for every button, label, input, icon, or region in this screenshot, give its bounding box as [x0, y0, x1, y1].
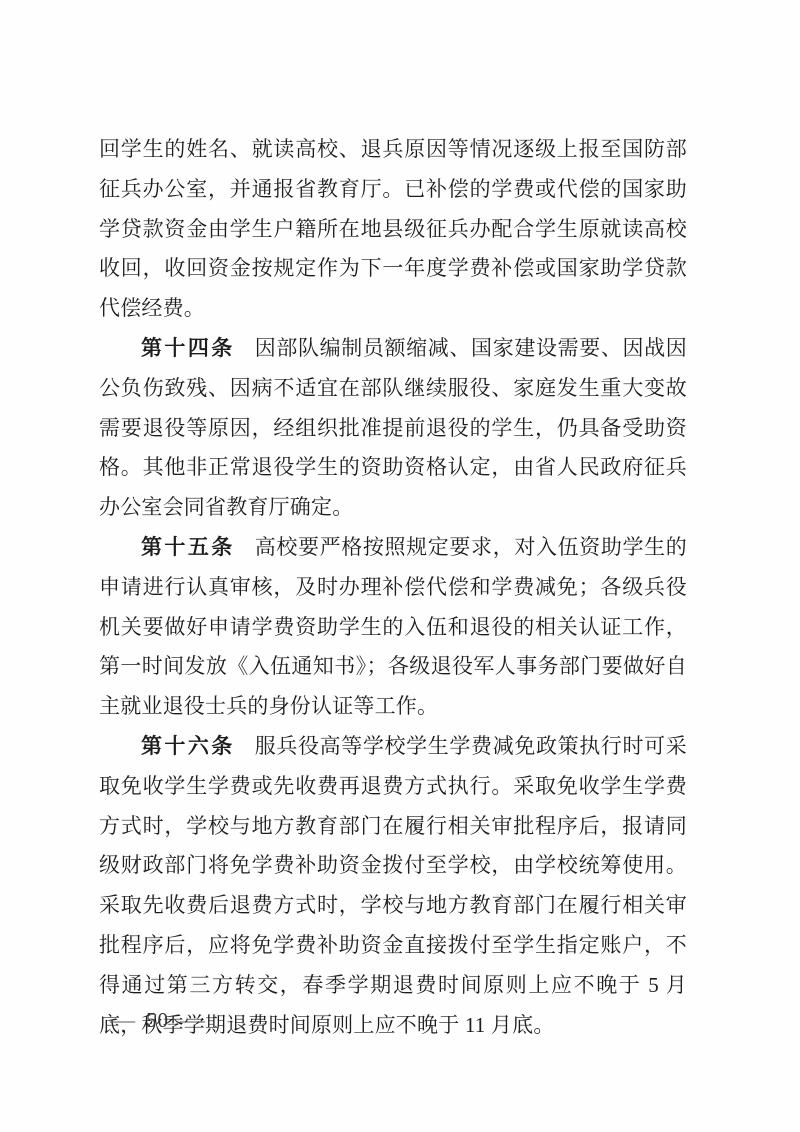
- paragraph-text: 高校要严格按照规定要求，对入伍资助学生的申请进行认真审核，及时办理补偿代偿和学费…: [99, 535, 687, 718]
- paragraph-article-14: 第十四条因部队编制员额缩减、国家建设需要、因战因公负伤致残、因病不适宜在部队继续…: [99, 329, 687, 528]
- paragraph-text: 因部队编制员额缩减、国家建设需要、因战因公负伤致残、因病不适宜在部队继续服役、家…: [99, 336, 687, 519]
- paragraph-text: 服兵役高等学校学生学费减免政策执行时可采取免收学生学费或先收费再退费方式执行。采…: [99, 734, 687, 1037]
- article-number-label: 第十六条: [141, 735, 235, 758]
- paragraph-article-15: 第十五条高校要严格按照规定要求，对入伍资助学生的申请进行认真审核，及时办理补偿代…: [99, 528, 687, 727]
- page-number: 50: [146, 1005, 169, 1035]
- article-number-label: 第十四条: [141, 337, 235, 360]
- paragraph-article-16: 第十六条服兵役高等学校学生学费减免政策执行时可采取免收学生学费或先收费再退费方式…: [99, 727, 687, 1045]
- document-page: 回学生的姓名、就读高校、退兵原因等情况逐级上报至国防部征兵办公室，并通报省教育厅…: [0, 0, 800, 1132]
- paragraph-text: 回学生的姓名、就读高校、退兵原因等情况逐级上报至国防部征兵办公室，并通报省教育厅…: [99, 137, 687, 320]
- footer-left-dash: —: [110, 1005, 135, 1035]
- document-body: 回学生的姓名、就读高校、退兵原因等情况逐级上报至国防部征兵办公室，并通报省教育厅…: [99, 130, 687, 1045]
- paragraph-continuation: 回学生的姓名、就读高校、退兵原因等情况逐级上报至国防部征兵办公室，并通报省教育厅…: [99, 130, 687, 329]
- footer-right-dash: —: [180, 1005, 205, 1035]
- page-footer: — 50 —: [112, 1005, 203, 1035]
- article-number-label: 第十五条: [141, 536, 235, 559]
